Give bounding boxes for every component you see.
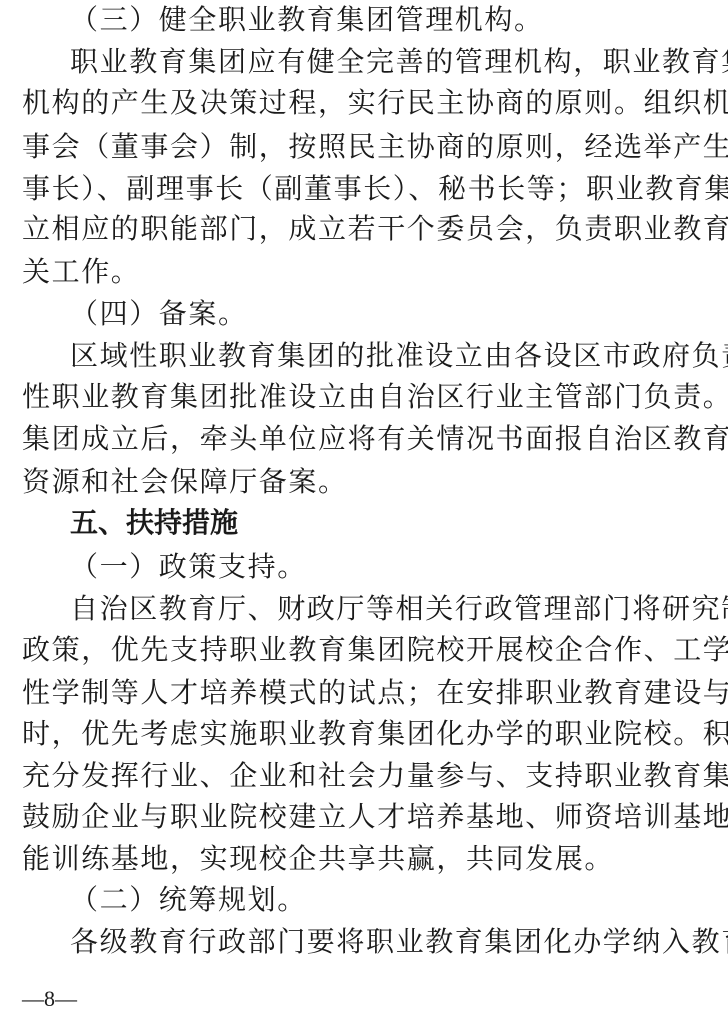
paragraph-line: 关工作。 bbox=[22, 252, 140, 292]
paragraph-line: 区域性职业教育集团的批准设立由各设区市政府负责，行业 bbox=[70, 336, 714, 376]
paragraph-line: 时，优先考虑实施职业教育集团化办学的职业院校。积极引导、 bbox=[22, 714, 714, 754]
paragraph-line: 性职业教育集团批准设立由自治区行业主管部门负责。职业教育 bbox=[22, 377, 714, 417]
paragraph-line: 政策，优先支持职业教育集团院校开展校企合作、工学结合、弹 bbox=[22, 630, 714, 670]
paragraph-line: 机构的产生及决策过程，实行民主协商的原则。组织机构实行理 bbox=[22, 83, 714, 123]
subheading-1: （一）政策支持。 bbox=[70, 547, 307, 587]
subheading-3: （三）健全职业教育集团管理机构。 bbox=[70, 0, 544, 40]
paragraph-line: 职业教育集团应有健全完善的管理机构，职业教育集团领导 bbox=[70, 42, 714, 82]
paragraph-line: 充分发挥行业、企业和社会力量参与、支持职业教育集团化办学， bbox=[22, 756, 714, 796]
paragraph-line: 事长）、副理事长（副董事长）、秘书长等；职业教育集团应建 bbox=[22, 169, 714, 209]
paragraph-line: 鼓励企业与职业院校建立人才培养基地、师资培训基地、技术技 bbox=[22, 797, 714, 837]
paragraph-line: 性学制等人才培养模式的试点；在安排职业教育建设与发展项目 bbox=[22, 673, 714, 713]
paragraph-line: 立相应的职能部门，成立若干个委员会，负责职业教育集团的有 bbox=[22, 209, 714, 249]
paragraph-line: 事会（董事会）制，按照民主协商的原则，经选举产生理事长（董 bbox=[22, 127, 714, 167]
paragraph-line: 自治区教育厅、财政厅等相关行政管理部门将研究制订相关 bbox=[70, 589, 714, 629]
paragraph-line: 资源和社会保障厅备案。 bbox=[22, 462, 348, 502]
paragraph-line: 能训练基地，实现校企共享共赢，共同发展。 bbox=[22, 839, 614, 879]
subheading-4: （四）备案。 bbox=[70, 294, 248, 334]
subheading-2: （二）统筹规划。 bbox=[70, 880, 307, 920]
paragraph-line: 各级教育行政部门要将职业教育集团化办学纳入教育事业发 bbox=[70, 922, 714, 962]
paragraph-line: 集团成立后，牵头单位应将有关情况书面报自治区教育厅或人力 bbox=[22, 419, 714, 459]
page-number: —8— bbox=[22, 984, 77, 1014]
section-heading: 五、扶持措施 bbox=[70, 503, 238, 543]
